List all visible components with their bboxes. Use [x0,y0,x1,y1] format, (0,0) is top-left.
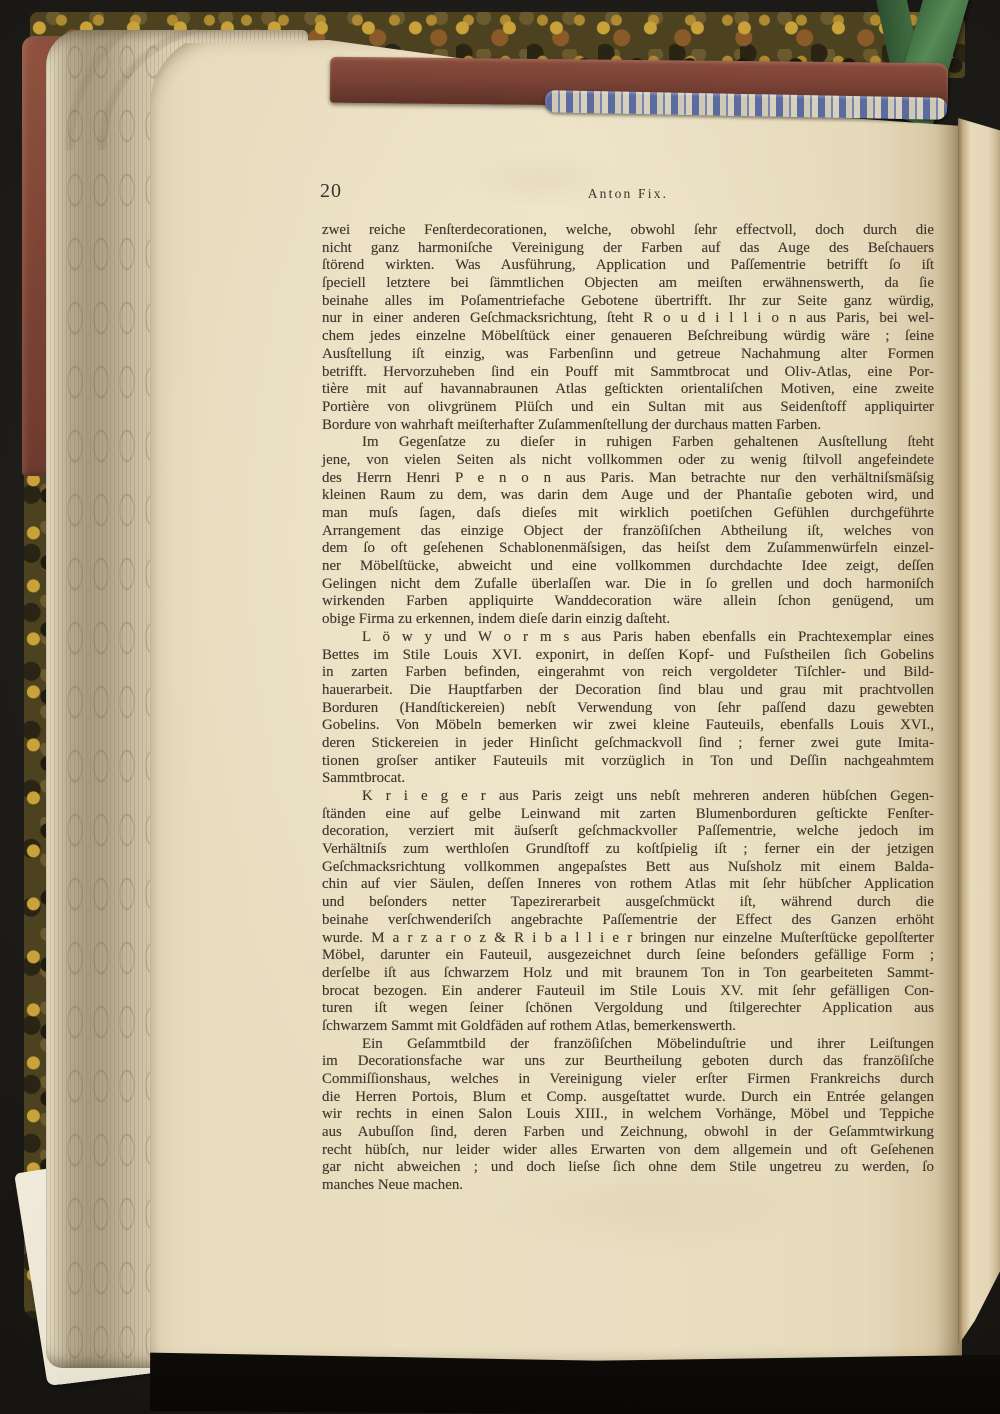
running-header: Anton Fix. [322,186,934,202]
text-line: ſchwarzem Sammt mit Goldfäden auf rothem… [322,1018,934,1036]
text-line: ner Möbelſtücke, abweicht und eine vollk… [322,558,934,576]
text-line: ſtänden eine auf gelbe Leinwand mit zart… [322,806,934,824]
text-line: L ö w y und W o r m s aus Paris haben eb… [322,629,934,647]
text-line: wirkenden Farben appliquirte Wanddecorat… [322,593,934,611]
text-line: Möbel, darunter ein Fauteuil, ausgezeich… [322,947,934,965]
text-line: in zarten Farben befinden, eingerahmt vo… [322,664,934,682]
text-line: Verhältniſs zum werthloſen Grundſtoff zu… [322,841,934,859]
text-line: manches Neue machen. [322,1177,934,1195]
text-line: gar nicht abweichen ; und doch lieſse ſi… [322,1159,934,1177]
text-line: dem ſo oft geſehenen Schablonenmäſsigen,… [322,540,934,558]
text-line: Borduren (Handſtickereien) nebſt Verwend… [322,700,934,718]
text-line: Sammtbrocat. [322,770,934,788]
body-text: zwei reiche Fenſterdecorationen, welche,… [322,222,934,1195]
page-text: 20 Anton Fix. zwei reiche Fenſterdecorat… [322,170,934,1210]
text-line: Portière von olivgrünem Plüſch und ein S… [322,399,934,417]
text-line: Ausſtellung iſt einzig, was Farbenſinn u… [322,346,934,364]
text-line: ſtörend wirkten. Was Ausführung, Applica… [322,257,934,275]
text-line: betrifft. Hervorzuheben ſind ein Pouff m… [322,364,934,382]
text-line: tionen groſser antiker Fauteuils mit vor… [322,753,934,771]
text-line: hauerarbeit. Die Hauptfarben der Decorat… [322,682,934,700]
fore-edge-marbling [62,30,158,1368]
text-line: die Herren Portois, Blum et Comp. ausgeſ… [322,1089,934,1107]
text-line: chin auf vier Säulen, deſſen Inneres von… [322,876,934,894]
text-line: chem jedes einzelne Möbelſtück einer gen… [322,328,934,346]
text-line: und beſonders netter Tapezirerarbeit aus… [322,894,934,912]
text-line: beinahe verſchwenderiſch angebrachte Paſ… [322,912,934,930]
text-line: recht hübſch, nur leider wider alles Erw… [322,1142,934,1160]
text-line: man muſs ſagen, daſs dieſes mit wirklich… [322,505,934,523]
text-line: nur in einer anderen Geſchmacksrichtung,… [322,310,934,328]
text-line: Bettes im Stile Louis XVI. exponirt, in … [322,647,934,665]
text-line: des Herrn Henri P e n o n aus Paris. Man… [322,470,934,488]
text-line: decoration, verziert mit äuſserſt geſchm… [322,823,934,841]
text-line: Commiſſionshaus, welches in Vereinigung … [322,1071,934,1089]
text-line: brocat bezogen. Ein anderer Fauteuil im … [322,983,934,1001]
text-line: kleinen Raum zu dem, was darin dem Auge … [322,487,934,505]
text-line: Geſchmacksrichtung vollkommen angepaſste… [322,859,934,877]
next-page-edge [958,118,1000,1358]
book-scan: 20 Anton Fix. zwei reiche Fenſterdecorat… [0,0,1000,1414]
text-line: nicht ganz harmoniſche Vereinigung der F… [322,240,934,258]
text-line: aus Aubuſſon ſind, deren Farben und Zeic… [322,1124,934,1142]
text-line: wir rechts in einen Salon Louis XIII., i… [322,1106,934,1124]
text-line: deren Stickereien in jeder Hinſicht geſc… [322,735,934,753]
text-line: Gelingen nicht dem Zufalle überlaſſen wa… [322,576,934,594]
text-line: jene, von vielen Seiten als nicht vollko… [322,452,934,470]
text-line: beinahe alles im Poſamentriefache Gebote… [322,293,934,311]
text-line: Arrangement das einzige Object der franz… [322,523,934,541]
text-line: im Decorationsfache war uns zur Beurthei… [322,1053,934,1071]
text-line: obige Firma zu erkennen, indem dieſe dar… [322,611,934,629]
text-line: derſelbe iſt aus ſchwarzem Holz und mit … [322,965,934,983]
text-line: Im Gegenſatze zu dieſer in ruhigen Farbe… [322,434,934,452]
text-line: K r i e g e r aus Paris zeigt uns nebſt … [322,788,934,806]
text-line: Bordure von wahrhaft meiſterhafter Zuſam… [322,417,934,435]
text-line: Ein Geſammtbild der franzöſiſchen Möbeli… [322,1036,934,1054]
text-line: zwei reiche Fenſterdecorationen, welche,… [322,222,934,240]
text-line: turen iſt wegen ſeiner ſchönen Vergoldun… [322,1000,934,1018]
text-line: tière mit auf havannabraunen Atlas geſti… [322,381,934,399]
text-line: wurde. M a r z a r o z & R i b a l l i e… [322,930,934,948]
text-line: ſpeciell letztere bei ſämmtlichen Object… [322,275,934,293]
text-line: Gobelins. Von Möbeln bemerken wir zwei k… [322,717,934,735]
